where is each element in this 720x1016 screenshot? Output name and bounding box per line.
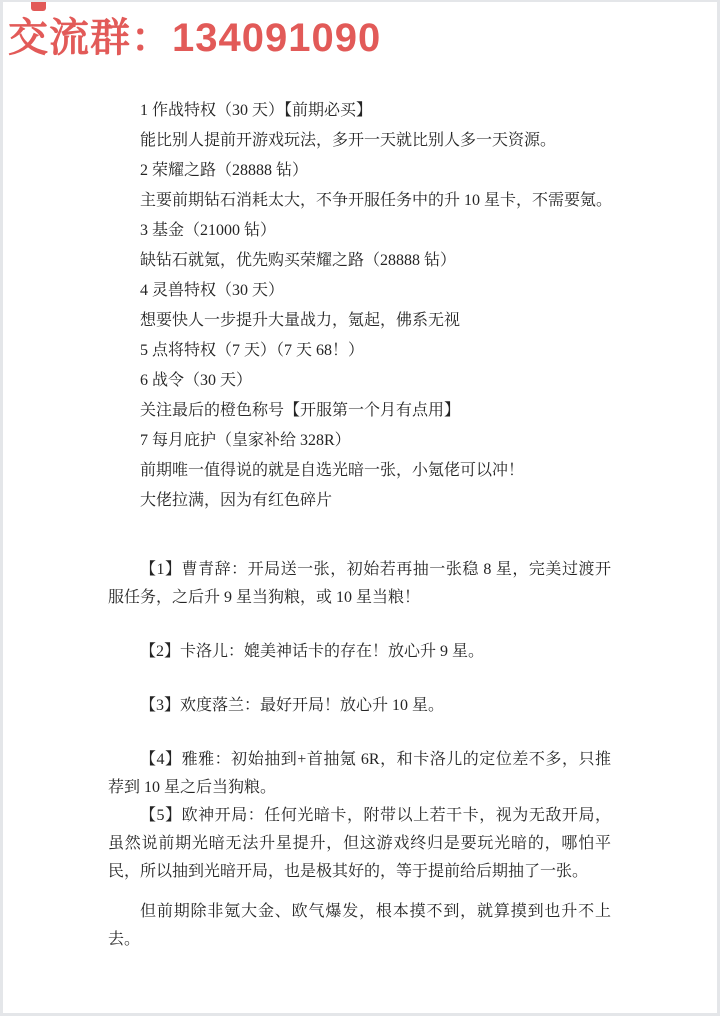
text-line-privilege-6: 6 战令（30 天）: [108, 366, 611, 396]
text-paragraph-closing-note: 但前期除非氪大金、欧气爆发，根本摸不到，就算摸到也升不上去。: [108, 898, 611, 954]
text-paragraph-card-4: 【4】雅雅：初始抽到+首抽氪 6R，和卡洛儿的定位差不多，只推荐到 10 星之后…: [108, 746, 611, 802]
text-line-privilege-4-desc: 想要快人一步提升大量战力，氪起，佛系无视: [108, 306, 611, 336]
document-page: 交流群：134091090 1 作战特权（30 天）【前期必买】 能比别人提前开…: [3, 2, 717, 1013]
text-paragraph-card-3: 【3】欢度落兰：最好开局！放心升 10 星。: [108, 692, 611, 720]
text-paragraph-card-5: 【5】欧神开局：任何光暗卡，附带以上若干卡，视为无敌开局，虽然说前期光暗无法升星…: [108, 802, 611, 886]
text-line-privilege-7-desc2: 大佬拉满，因为有红色碎片: [108, 486, 611, 516]
text-paragraph-card-1: 【1】曹青辞：开局送一张，初始若再抽一张稳 8 星，完美过渡开服任务，之后升 9…: [108, 556, 611, 612]
text-line-privilege-3-desc: 缺钻石就氪，优先购买荣耀之路（28888 钻）: [108, 246, 611, 276]
text-line-privilege-7: 7 每月庇护（皇家补给 328R）: [108, 426, 611, 456]
clipped-red-mark-icon: [31, 2, 46, 11]
text-line-privilege-5: 5 点将特权（7 天）（7 天 68！）: [108, 336, 611, 366]
text-line-privilege-3: 3 基金（21000 钻）: [108, 216, 611, 246]
text-line-privilege-6-desc: 关注最后的橙色称号【开服第一个月有点用】: [108, 396, 611, 426]
text-line-privilege-7-desc: 前期唯一值得说的就是自选光暗一张，小氪佬可以冲！: [108, 456, 611, 486]
group-id-header: 交流群：134091090: [8, 14, 717, 62]
text-line-privilege-1-desc: 能比别人提前开游戏玩法，多开一天就比别人多一天资源。: [108, 126, 611, 156]
text-line-privilege-2: 2 荣耀之路（28888 钻）: [108, 156, 611, 186]
text-paragraph-card-2: 【2】卡洛儿：媲美神话卡的存在！放心升 9 星。: [108, 638, 611, 666]
guide-text-block: 1 作战特权（30 天）【前期必买】 能比别人提前开游戏玩法，多开一天就比别人多…: [108, 96, 611, 954]
text-line-privilege-2-desc: 主要前期钻石消耗太大，不争开服任务中的升 10 星卡，不需要氪。: [108, 186, 611, 216]
text-line-privilege-1: 1 作战特权（30 天）【前期必买】: [108, 96, 611, 126]
text-line-privilege-4: 4 灵兽特权（30 天）: [108, 276, 611, 306]
